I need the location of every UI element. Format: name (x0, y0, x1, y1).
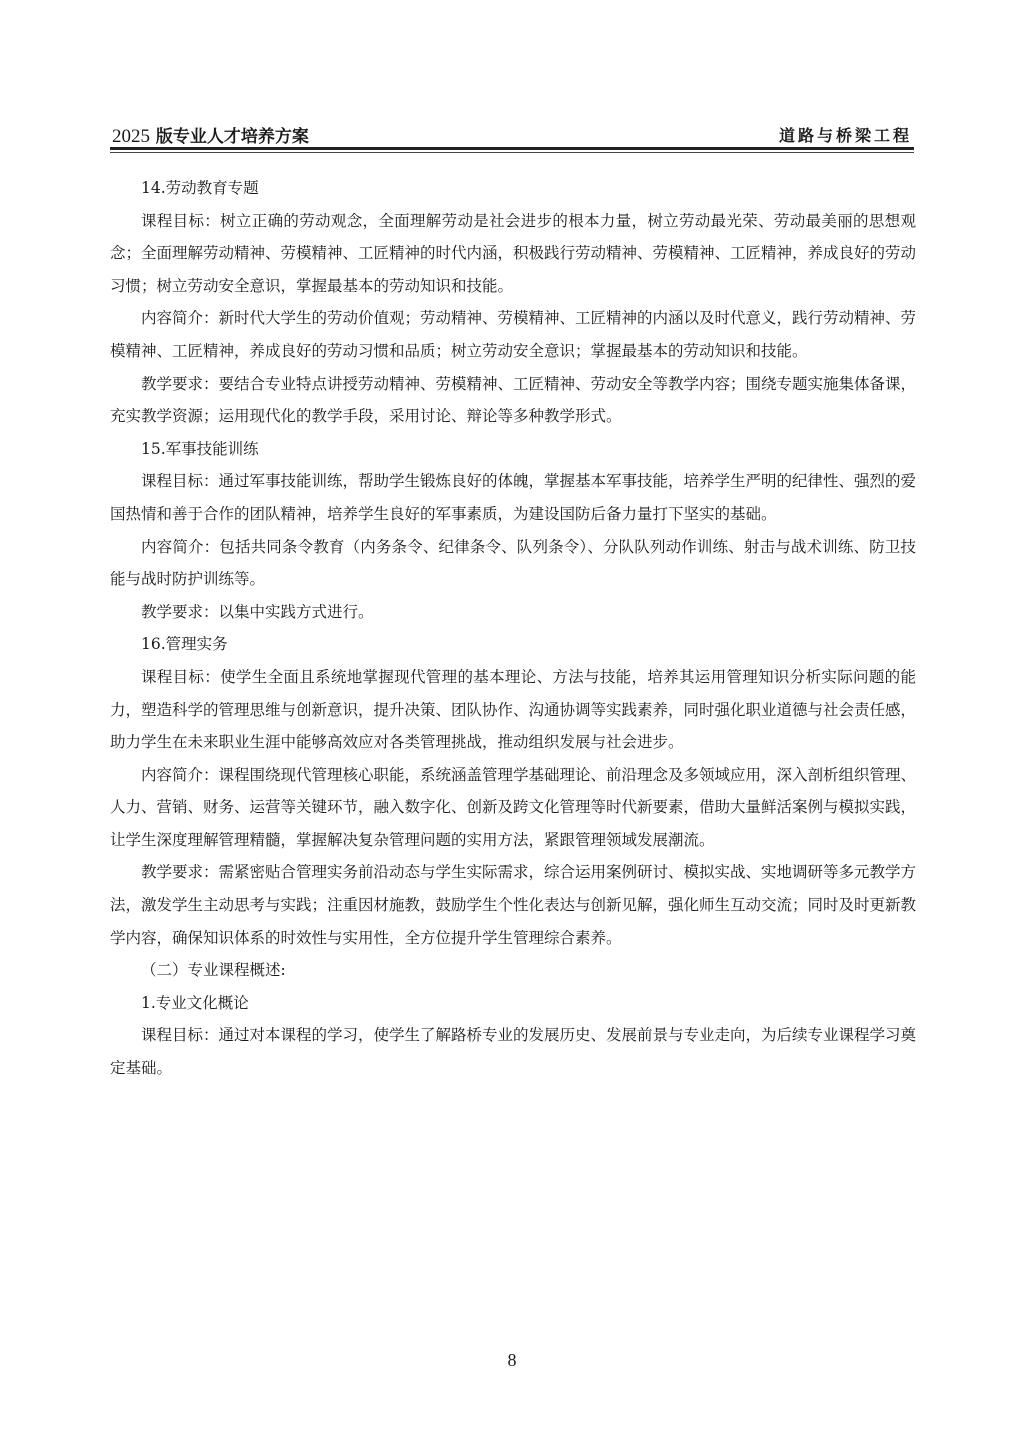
section-heading-professional-culture: 1.专业文化概论 (110, 987, 916, 1020)
paragraph-course-goal: 课程目标：树立正确的劳动观念，全面理解劳动是社会进步的根本力量，树立劳动最光荣、… (110, 205, 916, 303)
paragraph-content-intro: 内容简介：新时代大学生的劳动价值观；劳动精神、劳模精神、工匠精神的内涵以及时代意… (110, 302, 916, 367)
header-rule-thin (110, 152, 914, 153)
paragraph-content-intro: 内容简介：课程围绕现代管理核心职能，系统涵盖管理学基础理论、前沿理念及多领域应用… (110, 759, 916, 857)
section-heading-professional-courses: （二）专业课程概述: (110, 954, 916, 987)
page-header: 2025 版专业人才培养方案 道路与桥梁工程 (112, 122, 912, 148)
paragraph-course-goal: 课程目标：使学生全面且系统地掌握现代管理的基本理论、方法与技能，培养其运用管理知… (110, 661, 916, 759)
paragraph-teaching-requirements: 教学要求：要结合专业特点讲授劳动精神、劳模精神、工匠精神、劳动安全等教学内容；围… (110, 368, 916, 433)
paragraph-teaching-requirements: 教学要求：需紧密贴合管理实务前沿动态与学生实际需求，综合运用案例研讨、模拟实战、… (110, 856, 916, 954)
document-body: 14.劳动教育专题 课程目标：树立正确的劳动观念，全面理解劳动是社会进步的根本力… (110, 172, 916, 1085)
paragraph-teaching-requirements: 教学要求：以集中实践方式进行。 (110, 596, 916, 629)
section-heading-military-training: 15.军事技能训练 (110, 433, 916, 466)
header-year: 2025 (112, 126, 150, 147)
page-number: 8 (0, 1350, 1024, 1371)
header-plan-title: 版专业人才培养方案 (150, 127, 309, 147)
section-heading-management-practice: 16.管理实务 (110, 628, 916, 661)
header-major-name: 道路与桥梁工程 (779, 123, 912, 146)
paragraph-content-intro: 内容简介：包括共同条令教育（内务条令、纪律条令、队列条令）、分队队列动作训练、射… (110, 531, 916, 596)
header-program-title: 2025 版专业人才培养方案 (112, 122, 309, 148)
section-heading-labor-education: 14.劳动教育专题 (110, 172, 916, 205)
header-rule-thick (110, 147, 914, 150)
paragraph-course-goal: 课程目标：通过对本课程的学习，使学生了解路桥专业的发展历史、发展前景与专业走向，… (110, 1019, 916, 1084)
paragraph-course-goal: 课程目标：通过军事技能训练，帮助学生锻炼良好的体魄，掌握基本军事技能，培养学生严… (110, 465, 916, 530)
